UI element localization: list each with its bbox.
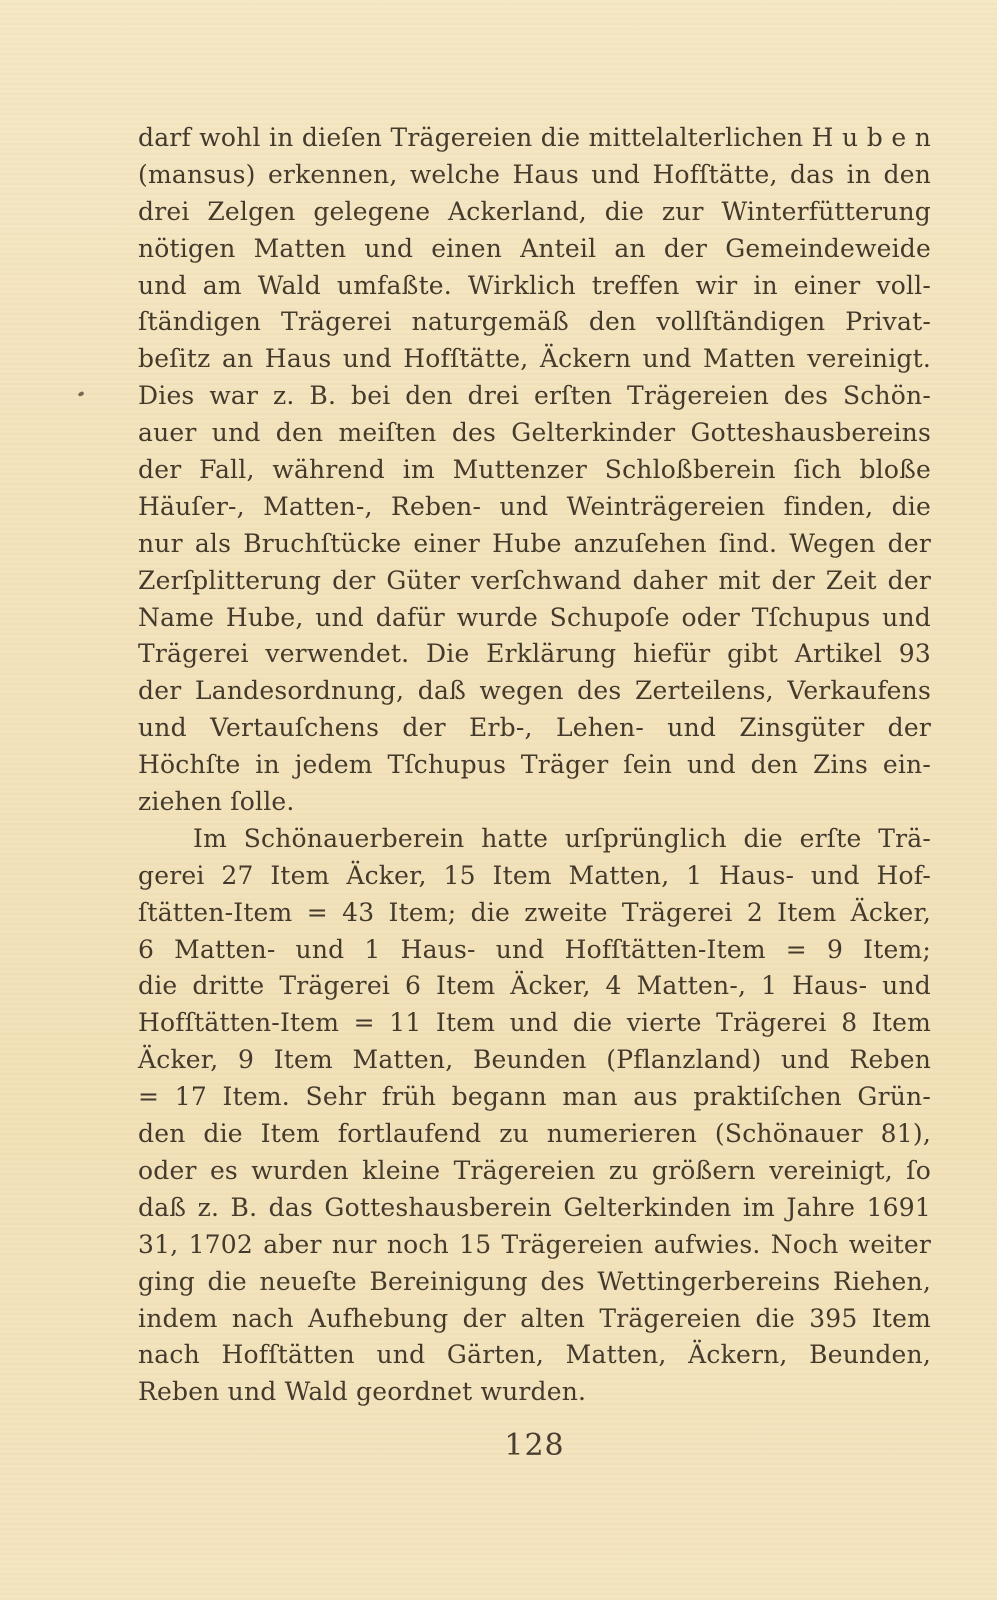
text-line: den die Item fortlaufend zu numerieren (… (138, 1116, 931, 1153)
text-line: indem nach Aufhebung der alten Trägereie… (138, 1301, 931, 1338)
text-line: ſtätten-Item = 43 Item; die zweite Träge… (138, 895, 931, 932)
text-line: ſtändigen Trägerei naturgemäß den vollſt… (138, 304, 931, 341)
text-line-paragraph-end: ziehen ſolle. (138, 784, 931, 821)
text-line: gerei 27 Item Äcker, 15 Item Matten, 1 H… (138, 858, 931, 895)
text-line: und Vertauſchens der Erb-, Lehen- und Zi… (138, 710, 931, 747)
text-line: = 17 Item. Sehr früh begann man aus prak… (138, 1079, 931, 1116)
text-line: nur als Bruchſtücke einer Hube anzuſehen… (138, 526, 931, 563)
text-line: Dies war z. B. bei den drei erſten Träge… (138, 378, 931, 415)
text-line: Höchſte in jedem Tſchupus Träger ſein un… (138, 747, 931, 784)
text-line: beſitz an Haus und Hofſtätte, Äckern und… (138, 341, 931, 378)
text-line-paragraph-end: Reben und Wald geordnet wurden. (138, 1374, 931, 1411)
text-line: 6 Matten- und 1 Haus- und Hofſtätten-Ite… (138, 932, 931, 969)
page-number: 128 (138, 1428, 931, 1463)
text-line: Zerſplitterung der Güter verſchwand dahe… (138, 563, 931, 600)
text-line: der Landesordnung, daß wegen des Zerteil… (138, 673, 931, 710)
page-text-block: darf wohl in dieſen Trägereien die mitte… (138, 120, 931, 1411)
text-line: Äcker, 9 Item Matten, Beunden (Pflanzlan… (138, 1042, 931, 1079)
text-line: ging die neueſte Bereinigung des Wetting… (138, 1264, 931, 1301)
text-line: Trägerei verwendet. Die Erklärung hiefür… (138, 636, 931, 673)
text-line: und am Wald umfaßte. Wirklich treffen wi… (138, 268, 931, 305)
text-line: daß z. B. das Gotteshausberein Gelterkin… (138, 1190, 931, 1227)
text-line: Häuſer-, Matten-, Reben- und Weinträgere… (138, 489, 931, 526)
text-line: Name Hube, und dafür wurde Schupoſe oder… (138, 600, 931, 637)
text-line: auer und den meiſten des Gelterkinder Go… (138, 415, 931, 452)
text-line: darf wohl in dieſen Trägereien die mitte… (138, 120, 931, 157)
text-line-paragraph-start: Im Schönauerberein hatte urſprünglich di… (138, 821, 931, 858)
text-line: der Fall, während im Muttenzer Schloßber… (138, 452, 931, 489)
text-line: (mansus) erkennen, welche Haus und Hofſt… (138, 157, 931, 194)
text-line: nötigen Matten und einen Anteil an der G… (138, 231, 931, 268)
text-line: nach Hofſtätten und Gärten, Matten, Äcke… (138, 1337, 931, 1374)
text-line: oder es wurden kleine Trägereien zu größ… (138, 1153, 931, 1190)
text-line: drei Zelgen gelegene Ackerland, die zur … (138, 194, 931, 231)
text-line: 31, 1702 aber nur noch 15 Trägereien auf… (138, 1227, 931, 1264)
text-line: die dritte Trägerei 6 Item Äcker, 4 Matt… (138, 968, 931, 1005)
text-line: Hofſtätten-Item = 11 Item und die vierte… (138, 1005, 931, 1042)
